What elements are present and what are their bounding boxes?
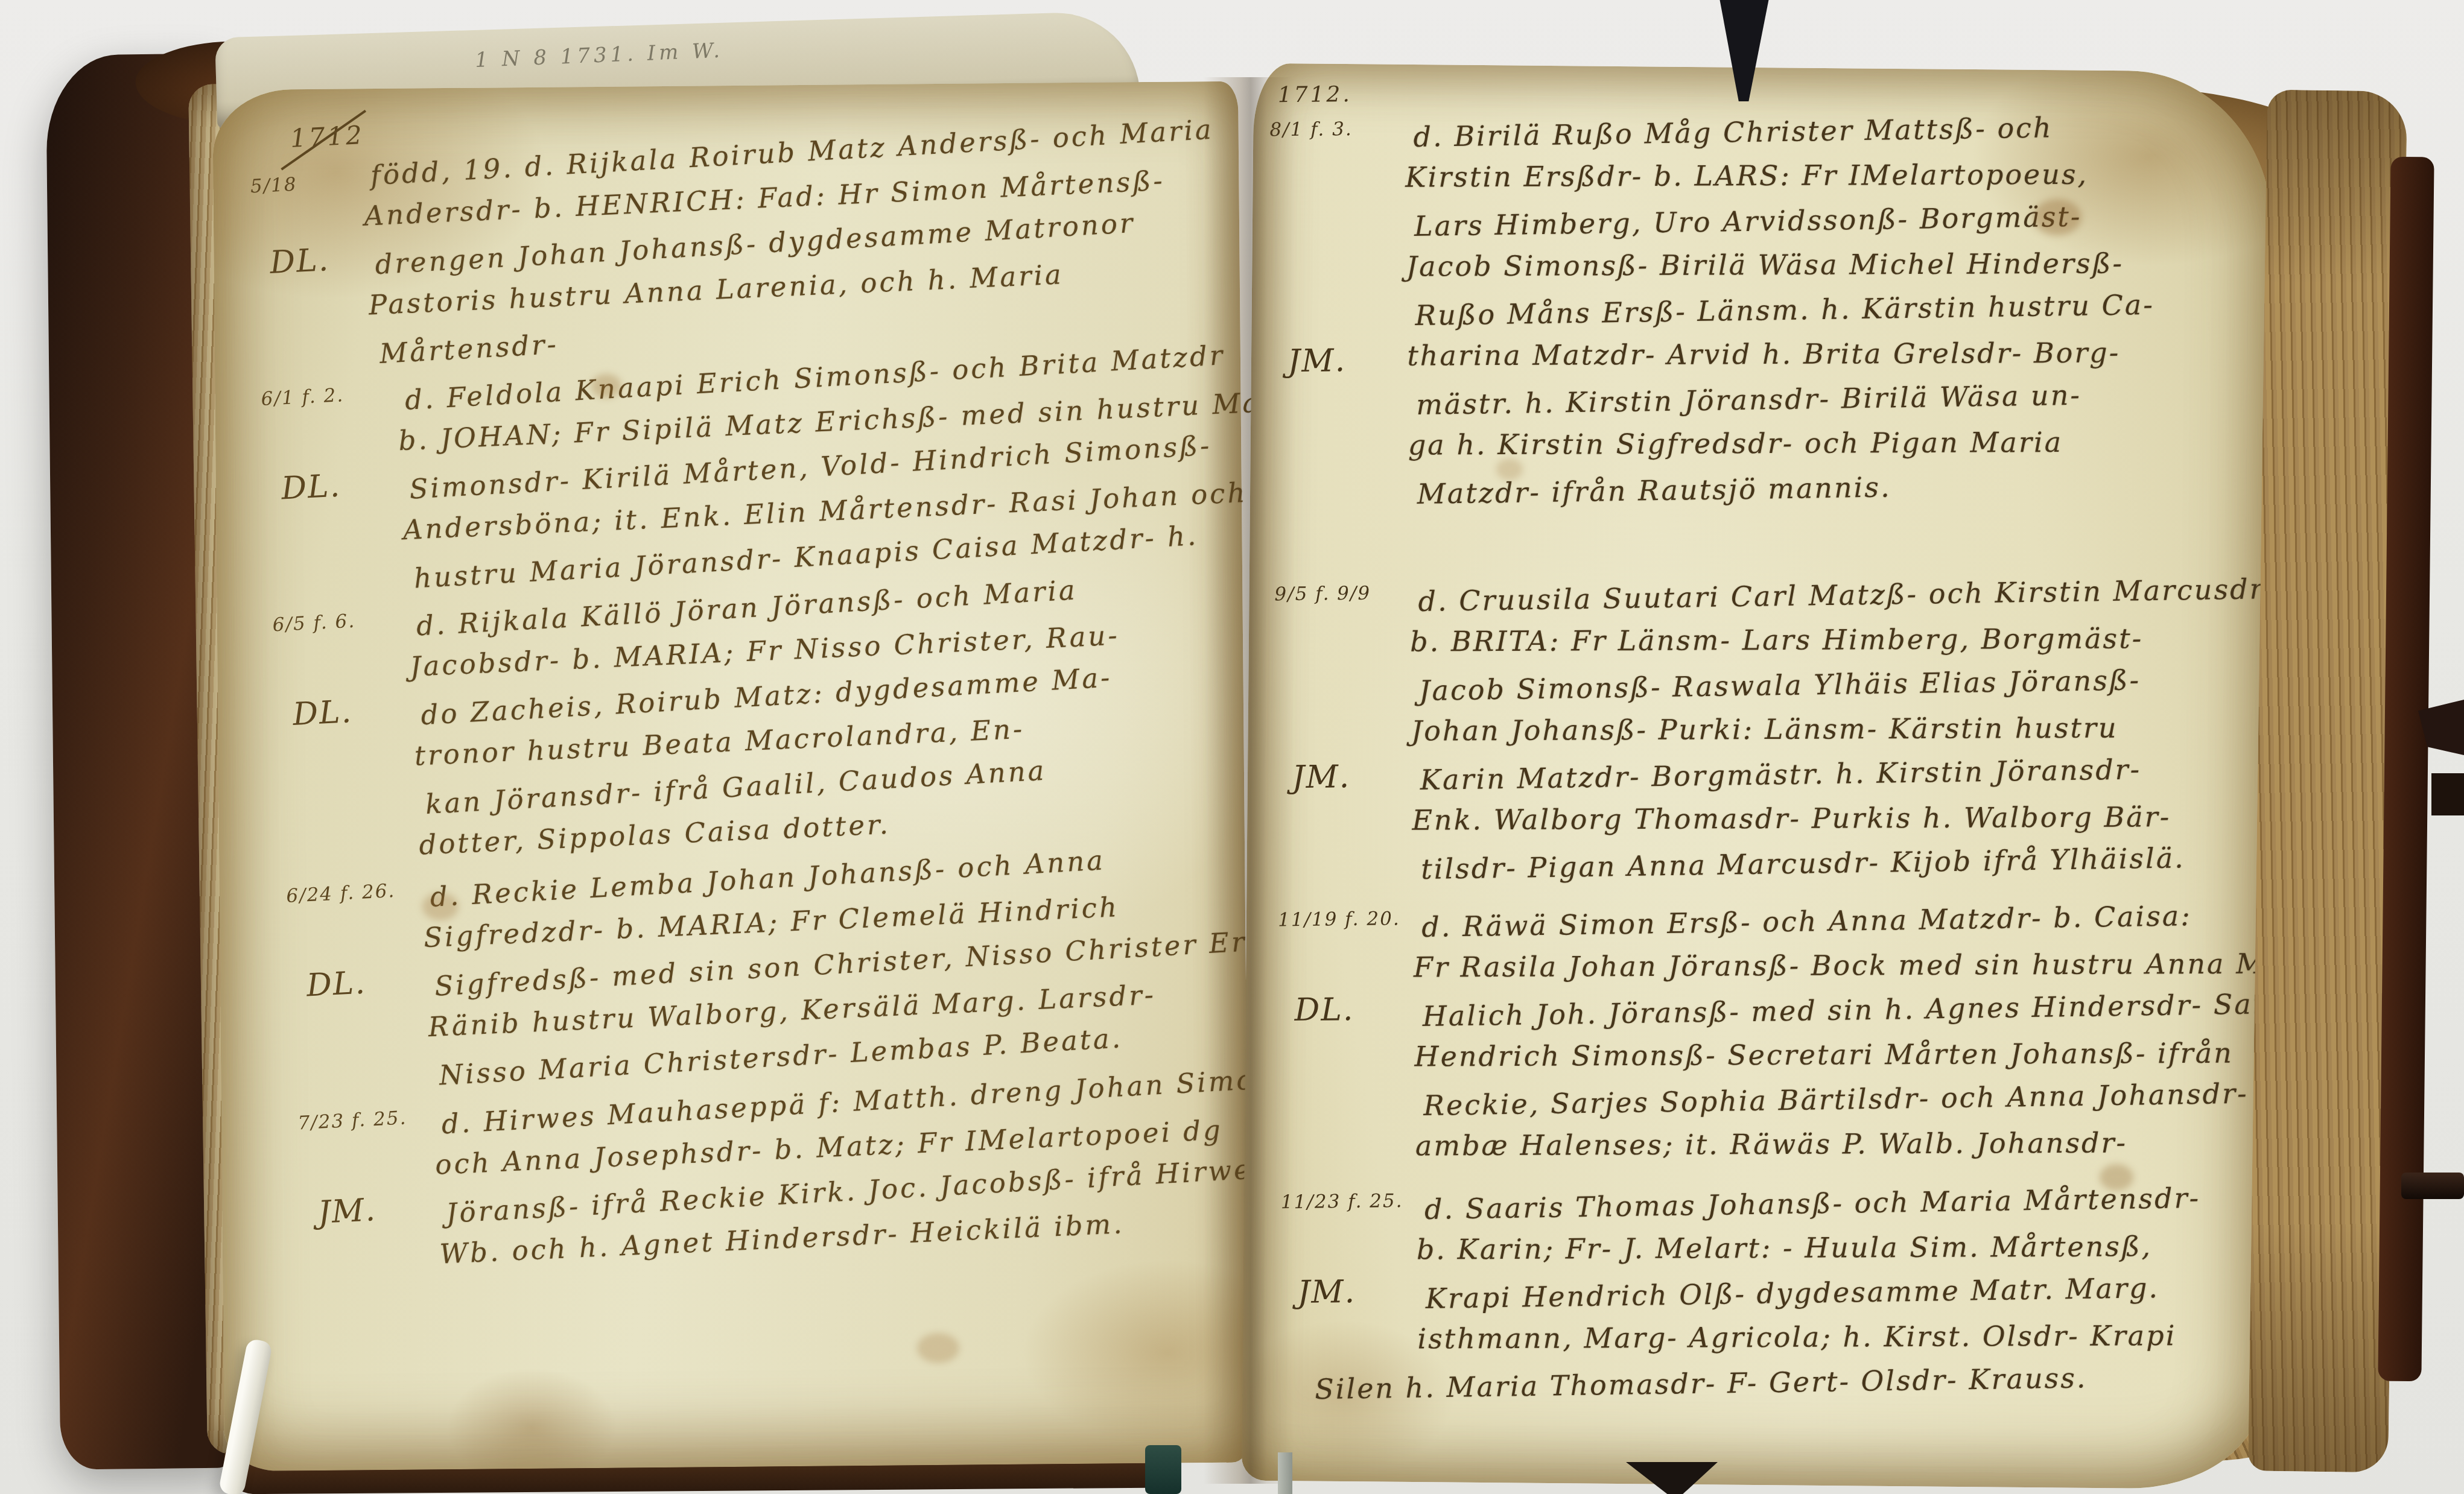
metal-clasp-strap: [2401, 1173, 2464, 1199]
entry-line: b. BRITA: Fr Länsm- Lars Himberg, Borgmä…: [1410, 615, 2268, 663]
entry-line: d. Cruusila Suutari Carl Matzß- och Kirs…: [1418, 566, 2276, 624]
paper-stain: [2033, 199, 2081, 235]
book-cradle-support: [1278, 1452, 1292, 1494]
entry-line: ga h. Kirstin Sigfredsdr- och Pigan Mari…: [1408, 419, 2266, 467]
entry-line: Reckie, Sarjes Sophia Bärtilsdr- och Ann…: [1423, 1071, 2282, 1128]
entry-mark: JM.: [1297, 1274, 1356, 1311]
entry-line: Lars Himberg, Uro Arvidssonß- Borgmäst-: [1414, 191, 2273, 248]
entry-date: 6/5 f. 6.: [272, 608, 403, 636]
entry-line: tilsdr- Pigan Anna Marcusdr- Kijob ifrå …: [1421, 834, 2279, 891]
entry-date: 6/1 f. 2.: [261, 382, 392, 410]
entry-line: Johan Johansß- Purki: Länsm- Kärstin hus…: [1411, 704, 2269, 753]
baptism-entry: 6/5 f. 6. DL. d. Rijkala Källö Jöran Jör…: [271, 561, 1249, 877]
entry-line: d. Saaris Thomas Johansß- och Maria Mårt…: [1424, 1174, 2283, 1232]
entry-line: Fr Rasila Johan Jöransß- Bock med sin hu…: [1414, 941, 2272, 989]
right-page: 1712. 8/1 f. 3. JM. d. Birilä Rußo Måg C…: [1242, 63, 2273, 1490]
baptism-entry: 8/1 f. 3. JM. d. Birilä Rußo Måg Christe…: [1269, 104, 2275, 516]
entry-mark: DL.: [292, 694, 354, 733]
baptism-entry: 11/23 f. 25. JM. d. Saaris Thomas Johans…: [1281, 1176, 2285, 1410]
entry-date: 9/5 f. 9/9: [1274, 582, 1404, 605]
paper-stain: [422, 893, 459, 920]
entry-line: Silen h. Maria Thomasdr- F- Gert- Olsdr-…: [1315, 1352, 2285, 1411]
paper-stain: [2100, 1164, 2133, 1191]
book-cradle-corner: [1145, 1445, 1181, 1494]
entry-date: 8/1 f. 3.: [1269, 118, 1399, 141]
entry-date: 5/18: [250, 169, 381, 198]
entry-line: Enk. Walborg Thomasdr- Purkis h. Walborg…: [1412, 794, 2270, 842]
entry-date: 6/24 f. 26.: [286, 879, 417, 907]
entry-mark: JM.: [1288, 343, 1346, 379]
entry-line: b. Karin; Fr- J. Melart: - Huula Sim. Må…: [1417, 1223, 2275, 1271]
entry-line: ambæ Halenses; it. Räwäs P. Walb. Johans…: [1415, 1119, 2273, 1168]
left-page: 1712 5/18 DL. född, 19. d. Rijkala Roiru…: [212, 81, 1250, 1472]
entry-line: d. Räwä Simon Ersß- och Anna Matzdr- b. …: [1421, 892, 2280, 949]
baptism-entry: 9/5 f. 9/9 JM. d. Cruusila Suutari Carl …: [1274, 568, 2279, 891]
entry-mark: JM.: [1292, 759, 1350, 796]
entry-line: Halich Joh. Jöransß- med sin h. Agnes Hi…: [1422, 981, 2281, 1039]
entry-mark: JM.: [317, 1192, 378, 1231]
entry-line: isthmann, Marg- Agricola; h. Kirst. Olsd…: [1417, 1312, 2275, 1361]
entry-line: Kirstin Ersßdr- b. LARS: Fr IMelartopoeu…: [1405, 151, 2263, 199]
entry-line: mästr. h. Kirstin Jöransdr- Birilä Wäsa …: [1416, 370, 2275, 427]
baptism-entry: 6/24 f. 26. DL. d. Reckie Lemba Johan Jo…: [285, 832, 1261, 1103]
photograph-of-parish-register: 1 N 8 1731. Im W. 1712 5/18 DL. född, 19…: [0, 0, 2464, 1494]
entry-line: Jacob Simonsß- Raswala Ylhäis Elias Jöra…: [1419, 656, 2278, 713]
entry-date: 11/23 f. 25.: [1281, 1190, 1411, 1213]
paper-stain: [917, 1333, 959, 1363]
entry-mark: DL.: [1294, 992, 1354, 1028]
flyleaf-note-text: 1 N 8 1731. Im W.: [475, 39, 724, 72]
entry-line: Matzdr- ifrån Rautsjö mannis.: [1417, 459, 2275, 516]
right-page-handwriting: 1712. 8/1 f. 3. JM. d. Birilä Rußo Måg C…: [1269, 69, 2270, 79]
entry-mark: DL.: [306, 965, 367, 1004]
entry-date: 7/23 f. 25.: [297, 1106, 428, 1135]
metal-clasp-lower: [2431, 773, 2464, 815]
baptism-entry: 6/1 f. 2. DL. d. Feldola Knaapi Erich Si…: [260, 335, 1236, 606]
entry-mark: DL.: [281, 468, 342, 507]
entry-mark: DL.: [269, 242, 331, 281]
entry-line: tharina Matzdr- Arvid h. Brita Grelsdr- …: [1407, 329, 2265, 378]
year-heading-right: 1712.: [1278, 82, 1352, 107]
entry-line: Jacob Simonsß- Birilä Wäsa Michel Hinder…: [1406, 240, 2264, 288]
baptism-entry: 11/19 f. 20. DL. d. Räwä Simon Ersß- och…: [1278, 894, 2282, 1172]
paper-stain: [591, 374, 621, 398]
entry-date: 11/19 f. 20.: [1278, 908, 1408, 931]
entry-line: Krapi Hendrich Olß- dygdesamme Matr. Mar…: [1425, 1264, 2284, 1321]
paper-stain: [1496, 458, 1523, 480]
baptism-entry: 5/18 DL. född, 19. d. Rijkala Roirub Mat…: [249, 109, 1225, 381]
entry-line: Hendrich Simonsß- Secretari Mårten Johan…: [1414, 1030, 2272, 1078]
entry-line: Rußo Måns Ersß- Länsm. h. Kärstin hustru…: [1415, 280, 2273, 338]
entry-line: d. Birilä Rußo Måg Christer Mattsß- och: [1413, 102, 2272, 159]
entry-line: Karin Matzdr- Borgmästr. h. Kirstin Jöra…: [1420, 745, 2278, 802]
